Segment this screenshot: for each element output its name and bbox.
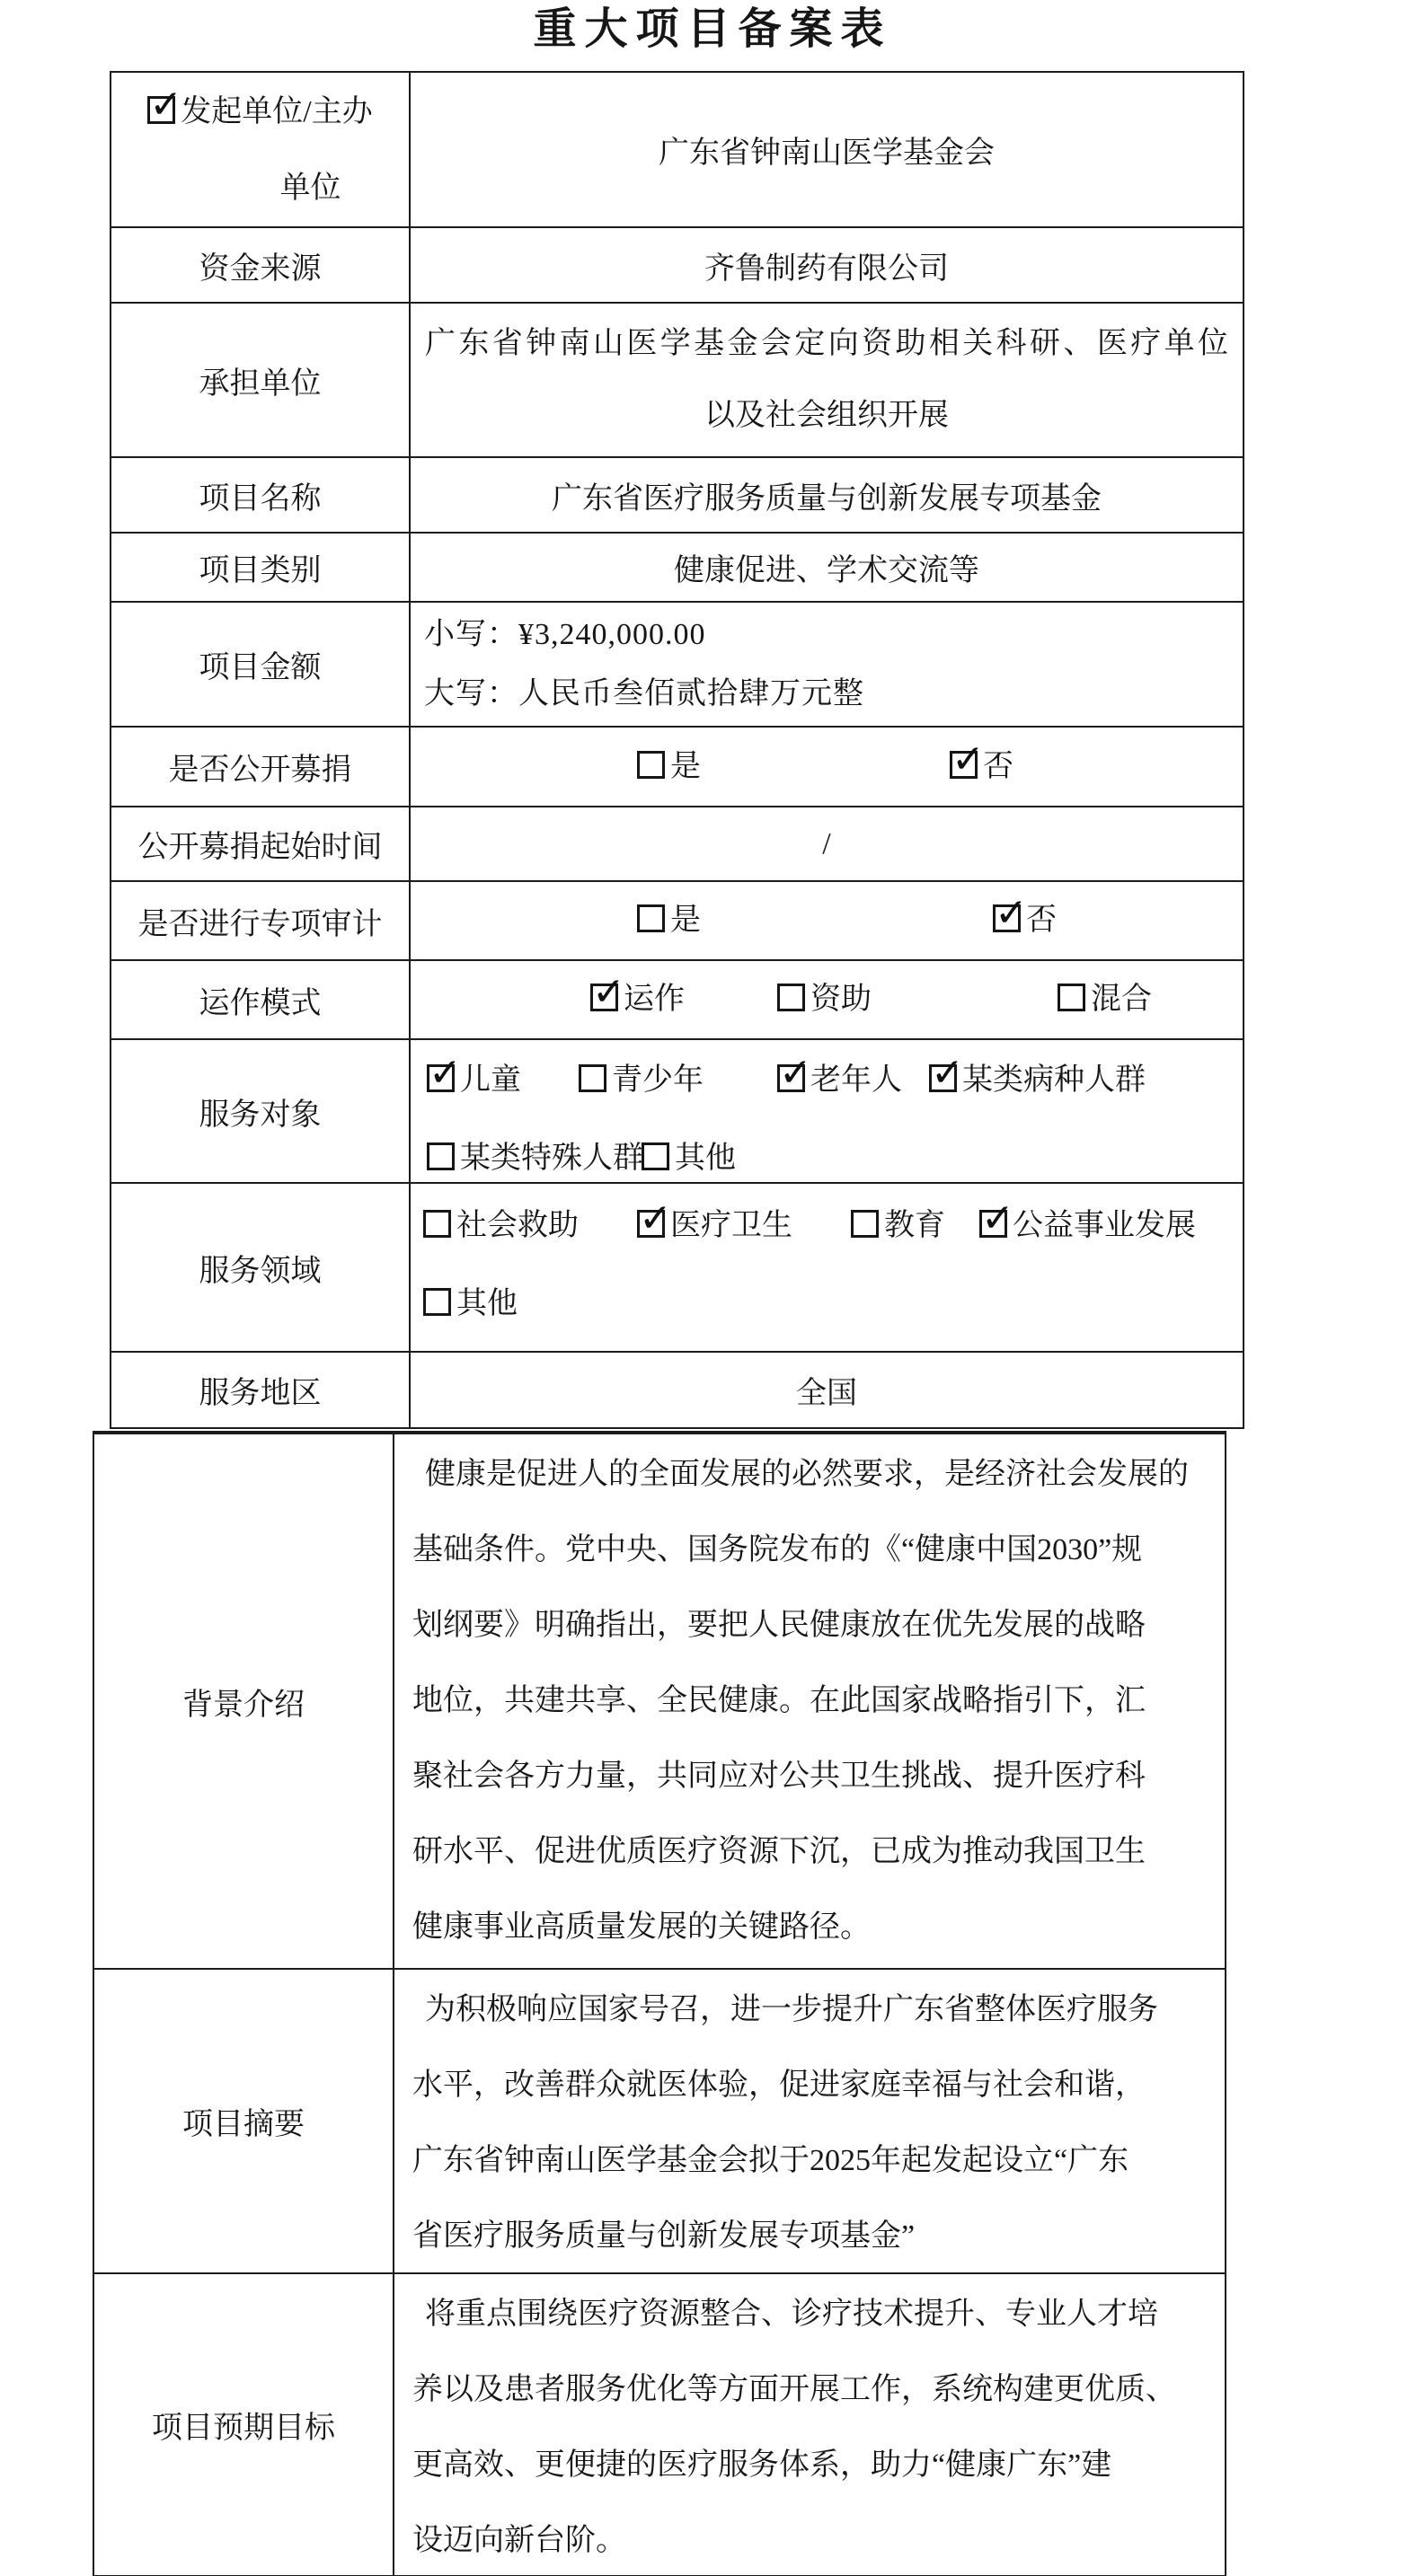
row-project-category: 项目类别 健康促进、学术交流等 bbox=[111, 532, 1243, 601]
abstract-line: 省医疗服务质量与创新发展专项基金” bbox=[412, 2199, 1212, 2272]
option-grant: 资助 bbox=[777, 962, 872, 1037]
label-cell-special-audit: 是否进行专项审计 bbox=[111, 882, 411, 959]
background-line: 健康是促进人的全面发展的必然要求，是经济社会发展的 bbox=[412, 1437, 1212, 1513]
value-cell-project-name: 广东省医疗服务质量与创新发展专项基金 bbox=[411, 458, 1243, 532]
background-line: 地位，共建共享、全民健康。在此国家战略指引下，汇 bbox=[412, 1663, 1212, 1739]
checkbox-checked-icon bbox=[777, 1064, 805, 1092]
row-background: 背景介绍 健康是促进人的全面发展的必然要求，是经济社会发展的 基础条件。党中央、… bbox=[94, 1434, 1225, 1968]
service-fields-line1: 社会救助 医疗卫生 教育 公益事业发展 bbox=[411, 1188, 1243, 1264]
amount-uppercase: 大写：人民币叁佰贰拾肆万元整 bbox=[424, 665, 864, 724]
form-table-description: 背景介绍 健康是促进人的全面发展的必然要求，是经济社会发展的 基础条件。党中央、… bbox=[93, 1431, 1226, 2576]
value-cell-background: 健康是促进人的全面发展的必然要求，是经济社会发展的 基础条件。党中央、国务院发布… bbox=[394, 1434, 1225, 1968]
value-cell-abstract: 为积极响应国家号召，进一步提升广东省整体医疗服务 水平，改善群众就医体验，促进家… bbox=[394, 1970, 1225, 2272]
background-line: 研水平、促进优质医疗资源下沉，已成为推动我国卫生 bbox=[412, 1814, 1212, 1890]
label-cell-abstract: 项目摘要 bbox=[94, 1970, 394, 2272]
value-cell-service-fields: 社会救助 医疗卫生 教育 公益事业发展 其他 bbox=[411, 1184, 1243, 1351]
value-cell-public-fundraising: 是 否 bbox=[411, 728, 1243, 806]
goals-line: 更高效、更便捷的医疗服务体系，助力“健康广东”建 bbox=[412, 2428, 1212, 2503]
checkbox-empty-icon bbox=[423, 1288, 451, 1316]
goals-line: 将重点围绕医疗资源整合、诊疗技术提升、专业人才培 bbox=[412, 2277, 1212, 2352]
checkbox-empty-icon bbox=[1058, 984, 1085, 1011]
label-cell-category: 项目类别 bbox=[111, 534, 411, 601]
option-mixed: 混合 bbox=[1058, 962, 1152, 1037]
checkbox-checked-icon bbox=[637, 1210, 665, 1238]
label-cell-operation-mode: 运作模式 bbox=[111, 961, 411, 1038]
checkbox-empty-icon bbox=[637, 751, 665, 779]
abstract-line: 为积极响应国家号召，进一步提升广东省整体医疗服务 bbox=[412, 1972, 1212, 2048]
service-area-value: 全国 bbox=[796, 1368, 857, 1412]
amount-lowercase: 小写：¥3,240,000.00 bbox=[424, 605, 706, 665]
option-teenagers: 青少年 bbox=[579, 1043, 704, 1118]
background-line: 健康事业高质量发展的关键路径。 bbox=[412, 1890, 1212, 1965]
abstract-line: 广东省钟南山医学基金会拟于2025年起发起设立“广东 bbox=[412, 2123, 1212, 2199]
goals-line: 设迈向新台阶。 bbox=[412, 2503, 1212, 2575]
label-cell-project-name: 项目名称 bbox=[111, 458, 411, 532]
value-cell-operation-mode: 运作 资助 混合 bbox=[411, 961, 1243, 1038]
label-cell-background: 背景介绍 bbox=[94, 1434, 394, 1968]
row-sponsor: 发起单位/主办 单位 广东省钟南山医学基金会 bbox=[111, 73, 1243, 226]
row-operation-mode: 运作模式 运作 资助 混合 bbox=[111, 959, 1243, 1038]
label-cell-public-fundraising: 是否公开募捐 bbox=[111, 728, 411, 806]
project-name-value: 广东省医疗服务质量与创新发展专项基金 bbox=[552, 473, 1102, 517]
value-cell-start-time: / bbox=[411, 807, 1243, 880]
checkbox-empty-icon bbox=[427, 1142, 455, 1170]
option-no: 否 bbox=[993, 883, 1057, 958]
option-children: 儿童 bbox=[427, 1043, 521, 1118]
checkbox-empty-icon bbox=[642, 1142, 669, 1170]
abstract-line: 水平，改善群众就医体验，促进家庭幸福与社会和谐， bbox=[412, 2048, 1212, 2123]
value-cell-service-targets: 儿童 青少年 老年人 某类病种人群 某类特殊人群 其他 bbox=[411, 1040, 1243, 1182]
goals-line: 养以及患者服务优化等方面开展工作，系统构建更优质、 bbox=[412, 2352, 1212, 2428]
sponsor-label-line2: 单位 bbox=[180, 150, 341, 226]
checkbox-checked-icon bbox=[979, 1210, 1007, 1238]
option-disease-groups: 某类病种人群 bbox=[929, 1043, 1146, 1118]
service-targets-line2: 某类特殊人群 其他 bbox=[411, 1121, 1243, 1182]
special-audit-options: 是 否 bbox=[411, 883, 1243, 958]
label-cell-amount: 项目金额 bbox=[111, 603, 411, 726]
background-line: 划纲要》明确指出，要把人民健康放在优先发展的战略 bbox=[412, 1588, 1212, 1663]
row-fundraising-start-time: 公开募捐起始时间 / bbox=[111, 806, 1243, 880]
option-elderly: 老年人 bbox=[777, 1043, 902, 1118]
sponsor-value: 广东省钟南山医学基金会 bbox=[659, 128, 995, 172]
document-title: 重大项目备案表 bbox=[0, 2, 1425, 57]
row-project-name: 项目名称 广东省医疗服务质量与创新发展专项基金 bbox=[111, 456, 1243, 532]
row-service-fields: 服务领域 社会救助 医疗卫生 教育 公益事业发展 其他 bbox=[111, 1182, 1243, 1351]
operation-mode-options: 运作 资助 混合 bbox=[411, 962, 1243, 1037]
checkbox-checked-icon bbox=[427, 1064, 455, 1092]
label-cell-start-time: 公开募捐起始时间 bbox=[111, 807, 411, 880]
row-service-area: 服务地区 全国 bbox=[111, 1351, 1243, 1427]
option-other: 其他 bbox=[642, 1121, 736, 1182]
option-special-groups: 某类特殊人群 bbox=[427, 1121, 643, 1182]
label-cell-service-targets: 服务对象 bbox=[111, 1040, 411, 1182]
checkbox-empty-icon bbox=[579, 1064, 606, 1092]
option-no: 否 bbox=[950, 729, 1013, 805]
checkbox-checked-icon bbox=[147, 96, 175, 124]
label-cell-sponsor: 发起单位/主办 单位 bbox=[111, 73, 411, 226]
value-cell-funding: 齐鲁制药有限公司 bbox=[411, 228, 1243, 302]
label-cell-undertaker: 承担单位 bbox=[111, 304, 411, 456]
row-public-fundraising: 是否公开募捐 是 否 bbox=[111, 726, 1243, 806]
option-other: 其他 bbox=[423, 1266, 518, 1342]
undertaker-value-line1: 广东省钟南山医学基金会定向资助相关科研、医疗单位 bbox=[411, 308, 1243, 380]
checkbox-empty-icon bbox=[851, 1210, 879, 1238]
label-cell-funding: 资金来源 bbox=[111, 228, 411, 302]
value-cell-special-audit: 是 否 bbox=[411, 882, 1243, 959]
checkbox-empty-icon bbox=[637, 904, 665, 932]
option-public-welfare: 公益事业发展 bbox=[979, 1188, 1196, 1264]
option-education: 教育 bbox=[851, 1188, 945, 1264]
document-page: 重大项目备案表 发起单位/主办 单位 广东省钟南山医学基金会 资金来源 齐鲁制药… bbox=[0, 0, 1425, 2576]
option-yes: 是 bbox=[637, 883, 701, 958]
row-undertaker: 承担单位 广东省钟南山医学基金会定向资助相关科研、医疗单位 以及社会组织开展 bbox=[111, 302, 1243, 456]
value-cell-expected-goals: 将重点围绕医疗资源整合、诊疗技术提升、专业人才培 养以及患者服务优化等方面开展工… bbox=[394, 2274, 1225, 2575]
value-cell-category: 健康促进、学术交流等 bbox=[411, 534, 1243, 601]
start-time-value: / bbox=[822, 827, 830, 861]
funding-value: 齐鲁制药有限公司 bbox=[704, 243, 949, 287]
service-fields-line2: 其他 bbox=[411, 1266, 1243, 1342]
form-table-main: 发起单位/主办 单位 广东省钟南山医学基金会 资金来源 齐鲁制药有限公司 承担单… bbox=[110, 71, 1244, 1429]
background-line: 聚社会各方力量，共同应对公共卫生挑战、提升医疗科 bbox=[412, 1739, 1212, 1814]
sponsor-label-line1: 发起单位/主办 bbox=[147, 74, 372, 150]
checkbox-empty-icon bbox=[777, 984, 805, 1011]
value-cell-undertaker: 广东省钟南山医学基金会定向资助相关科研、医疗单位 以及社会组织开展 bbox=[411, 304, 1243, 456]
checkbox-checked-icon bbox=[929, 1064, 957, 1092]
label-cell-service-area: 服务地区 bbox=[111, 1353, 411, 1427]
category-value: 健康促进、学术交流等 bbox=[674, 545, 979, 589]
row-service-targets: 服务对象 儿童 青少年 老年人 某类病种人群 某类特殊人群 其他 bbox=[111, 1038, 1243, 1182]
checkbox-empty-icon bbox=[423, 1210, 451, 1238]
undertaker-value-line2: 以及社会组织开展 bbox=[411, 380, 1243, 452]
value-cell-amount: 小写：¥3,240,000.00 大写：人民币叁佰贰拾肆万元整 bbox=[411, 603, 1243, 726]
option-operate: 运作 bbox=[590, 962, 685, 1037]
label-cell-expected-goals: 项目预期目标 bbox=[94, 2274, 394, 2575]
value-cell-sponsor: 广东省钟南山医学基金会 bbox=[411, 73, 1243, 226]
option-social-assistance: 社会救助 bbox=[423, 1188, 579, 1264]
checkbox-checked-icon bbox=[950, 751, 978, 779]
row-abstract: 项目摘要 为积极响应国家号召，进一步提升广东省整体医疗服务 水平，改善群众就医体… bbox=[94, 1968, 1225, 2272]
checkbox-checked-icon bbox=[590, 984, 618, 1011]
row-project-amount: 项目金额 小写：¥3,240,000.00 大写：人民币叁佰贰拾肆万元整 bbox=[111, 601, 1243, 726]
value-cell-service-area: 全国 bbox=[411, 1353, 1243, 1427]
label-cell-service-fields: 服务领域 bbox=[111, 1184, 411, 1351]
checkbox-checked-icon bbox=[993, 904, 1021, 932]
row-expected-goals: 项目预期目标 将重点围绕医疗资源整合、诊疗技术提升、专业人才培 养以及患者服务优… bbox=[94, 2272, 1225, 2575]
service-targets-line1: 儿童 青少年 老年人 某类病种人群 bbox=[411, 1043, 1243, 1118]
background-line: 基础条件。党中央、国务院发布的《“健康中国2030”规 bbox=[412, 1513, 1212, 1588]
public-fundraising-options: 是 否 bbox=[411, 729, 1243, 805]
row-special-audit: 是否进行专项审计 是 否 bbox=[111, 880, 1243, 959]
row-funding-source: 资金来源 齐鲁制药有限公司 bbox=[111, 226, 1243, 302]
option-yes: 是 bbox=[637, 729, 701, 805]
option-medical-health: 医疗卫生 bbox=[637, 1188, 792, 1264]
